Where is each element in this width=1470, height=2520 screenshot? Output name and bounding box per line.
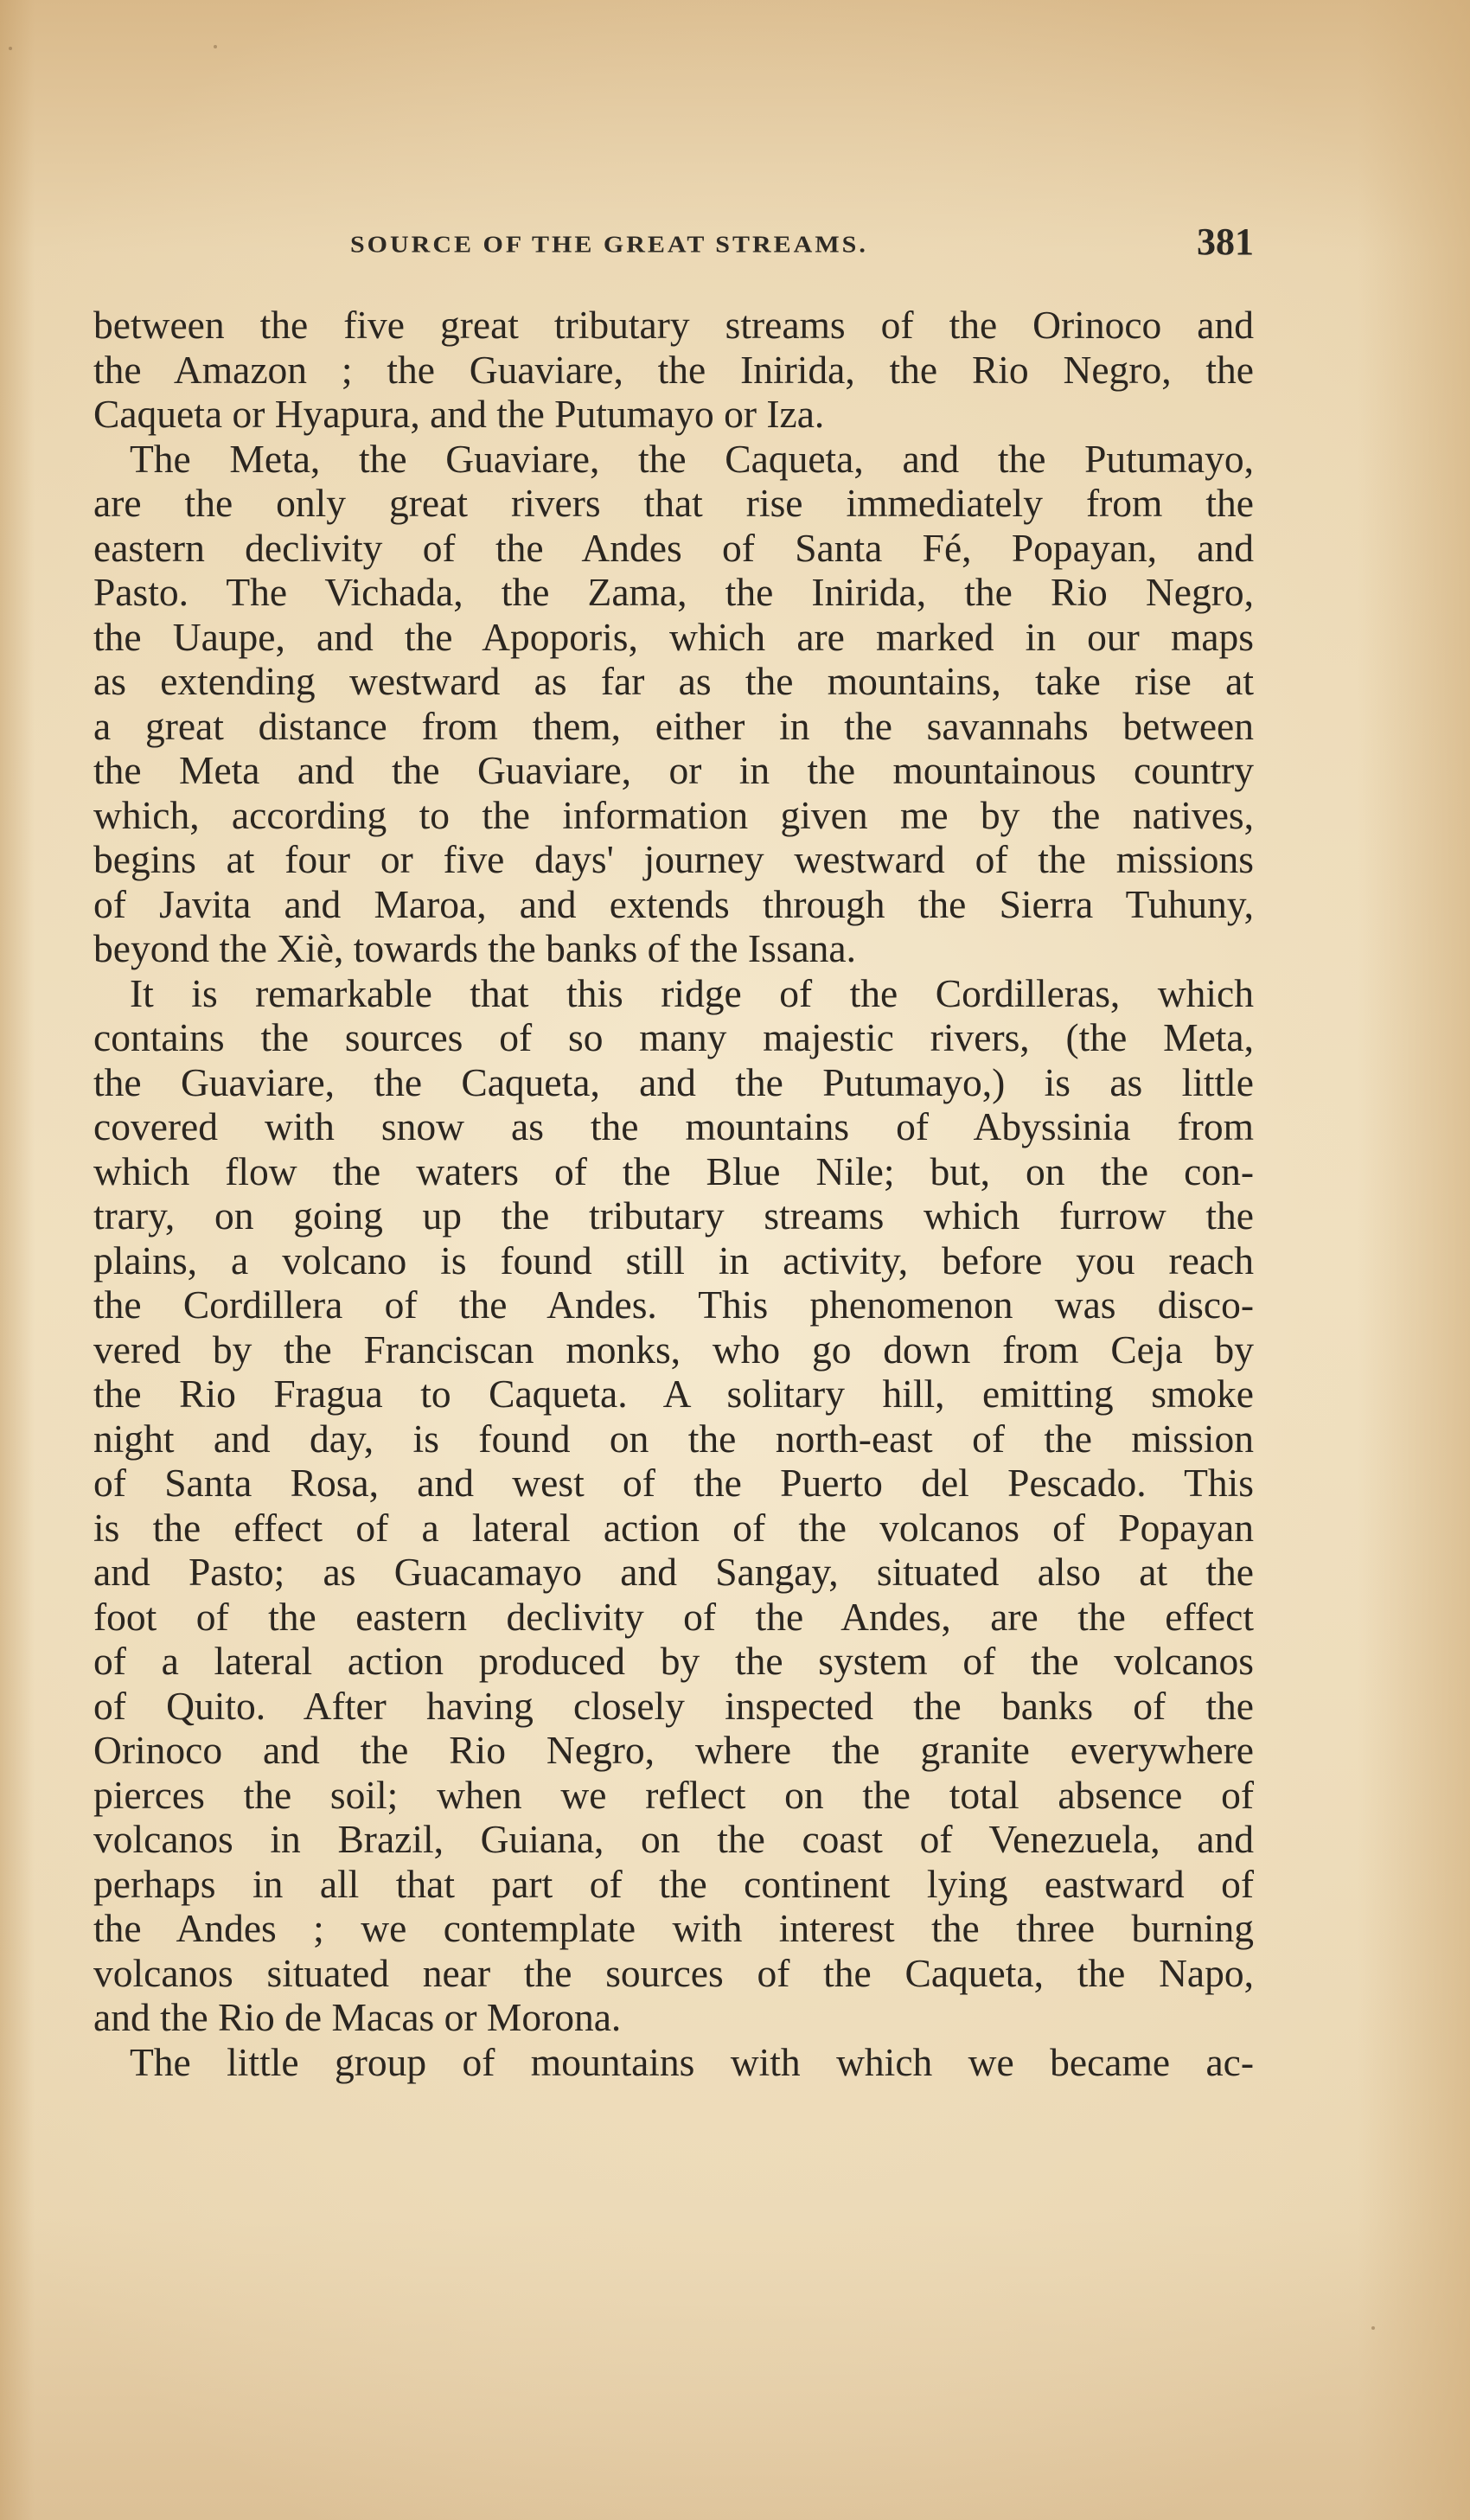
text-line: as extending westward as far as the moun…: [93, 659, 1254, 704]
text-line: beyond the Xiè, towards the banks of the…: [93, 926, 1254, 971]
page-number: 381: [1197, 220, 1254, 264]
text-line: foot of the eastern declivity of the And…: [93, 1595, 1254, 1640]
text-line: of a lateral action produced by the syst…: [93, 1639, 1254, 1684]
paper-speck: [9, 47, 12, 50]
text-line: The Meta, the Guaviare, the Caqueta, and…: [93, 437, 1254, 482]
text-line: the Cordillera of the Andes. This phenom…: [93, 1282, 1254, 1327]
text-line: vered by the Franciscan monks, who go do…: [93, 1327, 1254, 1372]
text-line: and the Rio de Macas or Morona.: [93, 1995, 1254, 2040]
text-line: which, according to the information give…: [93, 793, 1254, 838]
text-line: Caqueta or Hyapura, and the Putumayo or …: [93, 392, 1254, 437]
text-line: Orinoco and the Rio Negro, where the gra…: [93, 1728, 1254, 1773]
text-line: are the only great rivers that rise imme…: [93, 481, 1254, 526]
text-line: trary, on going up the tributary streams…: [93, 1193, 1254, 1238]
text-line: between the five great tributary streams…: [93, 303, 1254, 348]
paper-speck: [1371, 2326, 1375, 2330]
text-line: volcanos situated near the sources of th…: [93, 1951, 1254, 1996]
text-line: the Guaviare, the Caqueta, and the Putum…: [93, 1060, 1254, 1105]
text-line: of Javita and Maroa, and extends through…: [93, 882, 1254, 927]
page-edge-shadow-right: [1358, 0, 1470, 2520]
text-line: the Meta and the Guaviare, or in the mou…: [93, 748, 1254, 793]
text-line: which flow the waters of the Blue Nile; …: [93, 1149, 1254, 1194]
running-head: Source of the Great Streams.: [350, 231, 868, 258]
text-line: the Amazon ; the Guaviare, the Inirida, …: [93, 348, 1254, 393]
text-line: contains the sources of so many majestic…: [93, 1015, 1254, 1060]
text-line: covered with snow as the mountains of Ab…: [93, 1104, 1254, 1149]
text-line: begins at four or five days' journey wes…: [93, 837, 1254, 882]
text-line: night and day, is found on the north-eas…: [93, 1417, 1254, 1461]
text-line: pierces the soil; when we reflect on the…: [93, 1773, 1254, 1818]
text-line: volcanos in Brazil, Guiana, on the coast…: [93, 1817, 1254, 1862]
body-text: between the five great tributary streams…: [93, 303, 1254, 2084]
text-line: eastern declivity of the Andes of Santa …: [93, 526, 1254, 571]
text-line: plains, a volcano is found still in acti…: [93, 1238, 1254, 1283]
text-line: is the effect of a lateral action of the…: [93, 1506, 1254, 1551]
page-edge-shadow-left: [0, 0, 35, 2520]
paper-speck: [214, 45, 217, 48]
text-line: The little group of mountains with which…: [93, 2040, 1254, 2085]
page-header: Source of the Great Streams. 381: [350, 218, 1254, 270]
text-line: a great distance from them, either in th…: [93, 704, 1254, 749]
text-line: of Quito. After having closely inspected…: [93, 1684, 1254, 1729]
text-line: the Andes ; we contemplate with interest…: [93, 1906, 1254, 1951]
text-line: the Rio Fragua to Caqueta. A solitary hi…: [93, 1372, 1254, 1417]
text-line: perhaps in all that part of the continen…: [93, 1862, 1254, 1907]
text-line: It is remarkable that this ridge of the …: [93, 971, 1254, 1016]
text-line: and Pasto; as Guacamayo and Sangay, situ…: [93, 1550, 1254, 1595]
text-line: of Santa Rosa, and west of the Puerto de…: [93, 1461, 1254, 1506]
book-page: Source of the Great Streams. 381 between…: [0, 0, 1470, 2520]
text-line: Pasto. The Vichada, the Zama, the Inirid…: [93, 570, 1254, 615]
text-line: the Uaupe, and the Apoporis, which are m…: [93, 615, 1254, 660]
